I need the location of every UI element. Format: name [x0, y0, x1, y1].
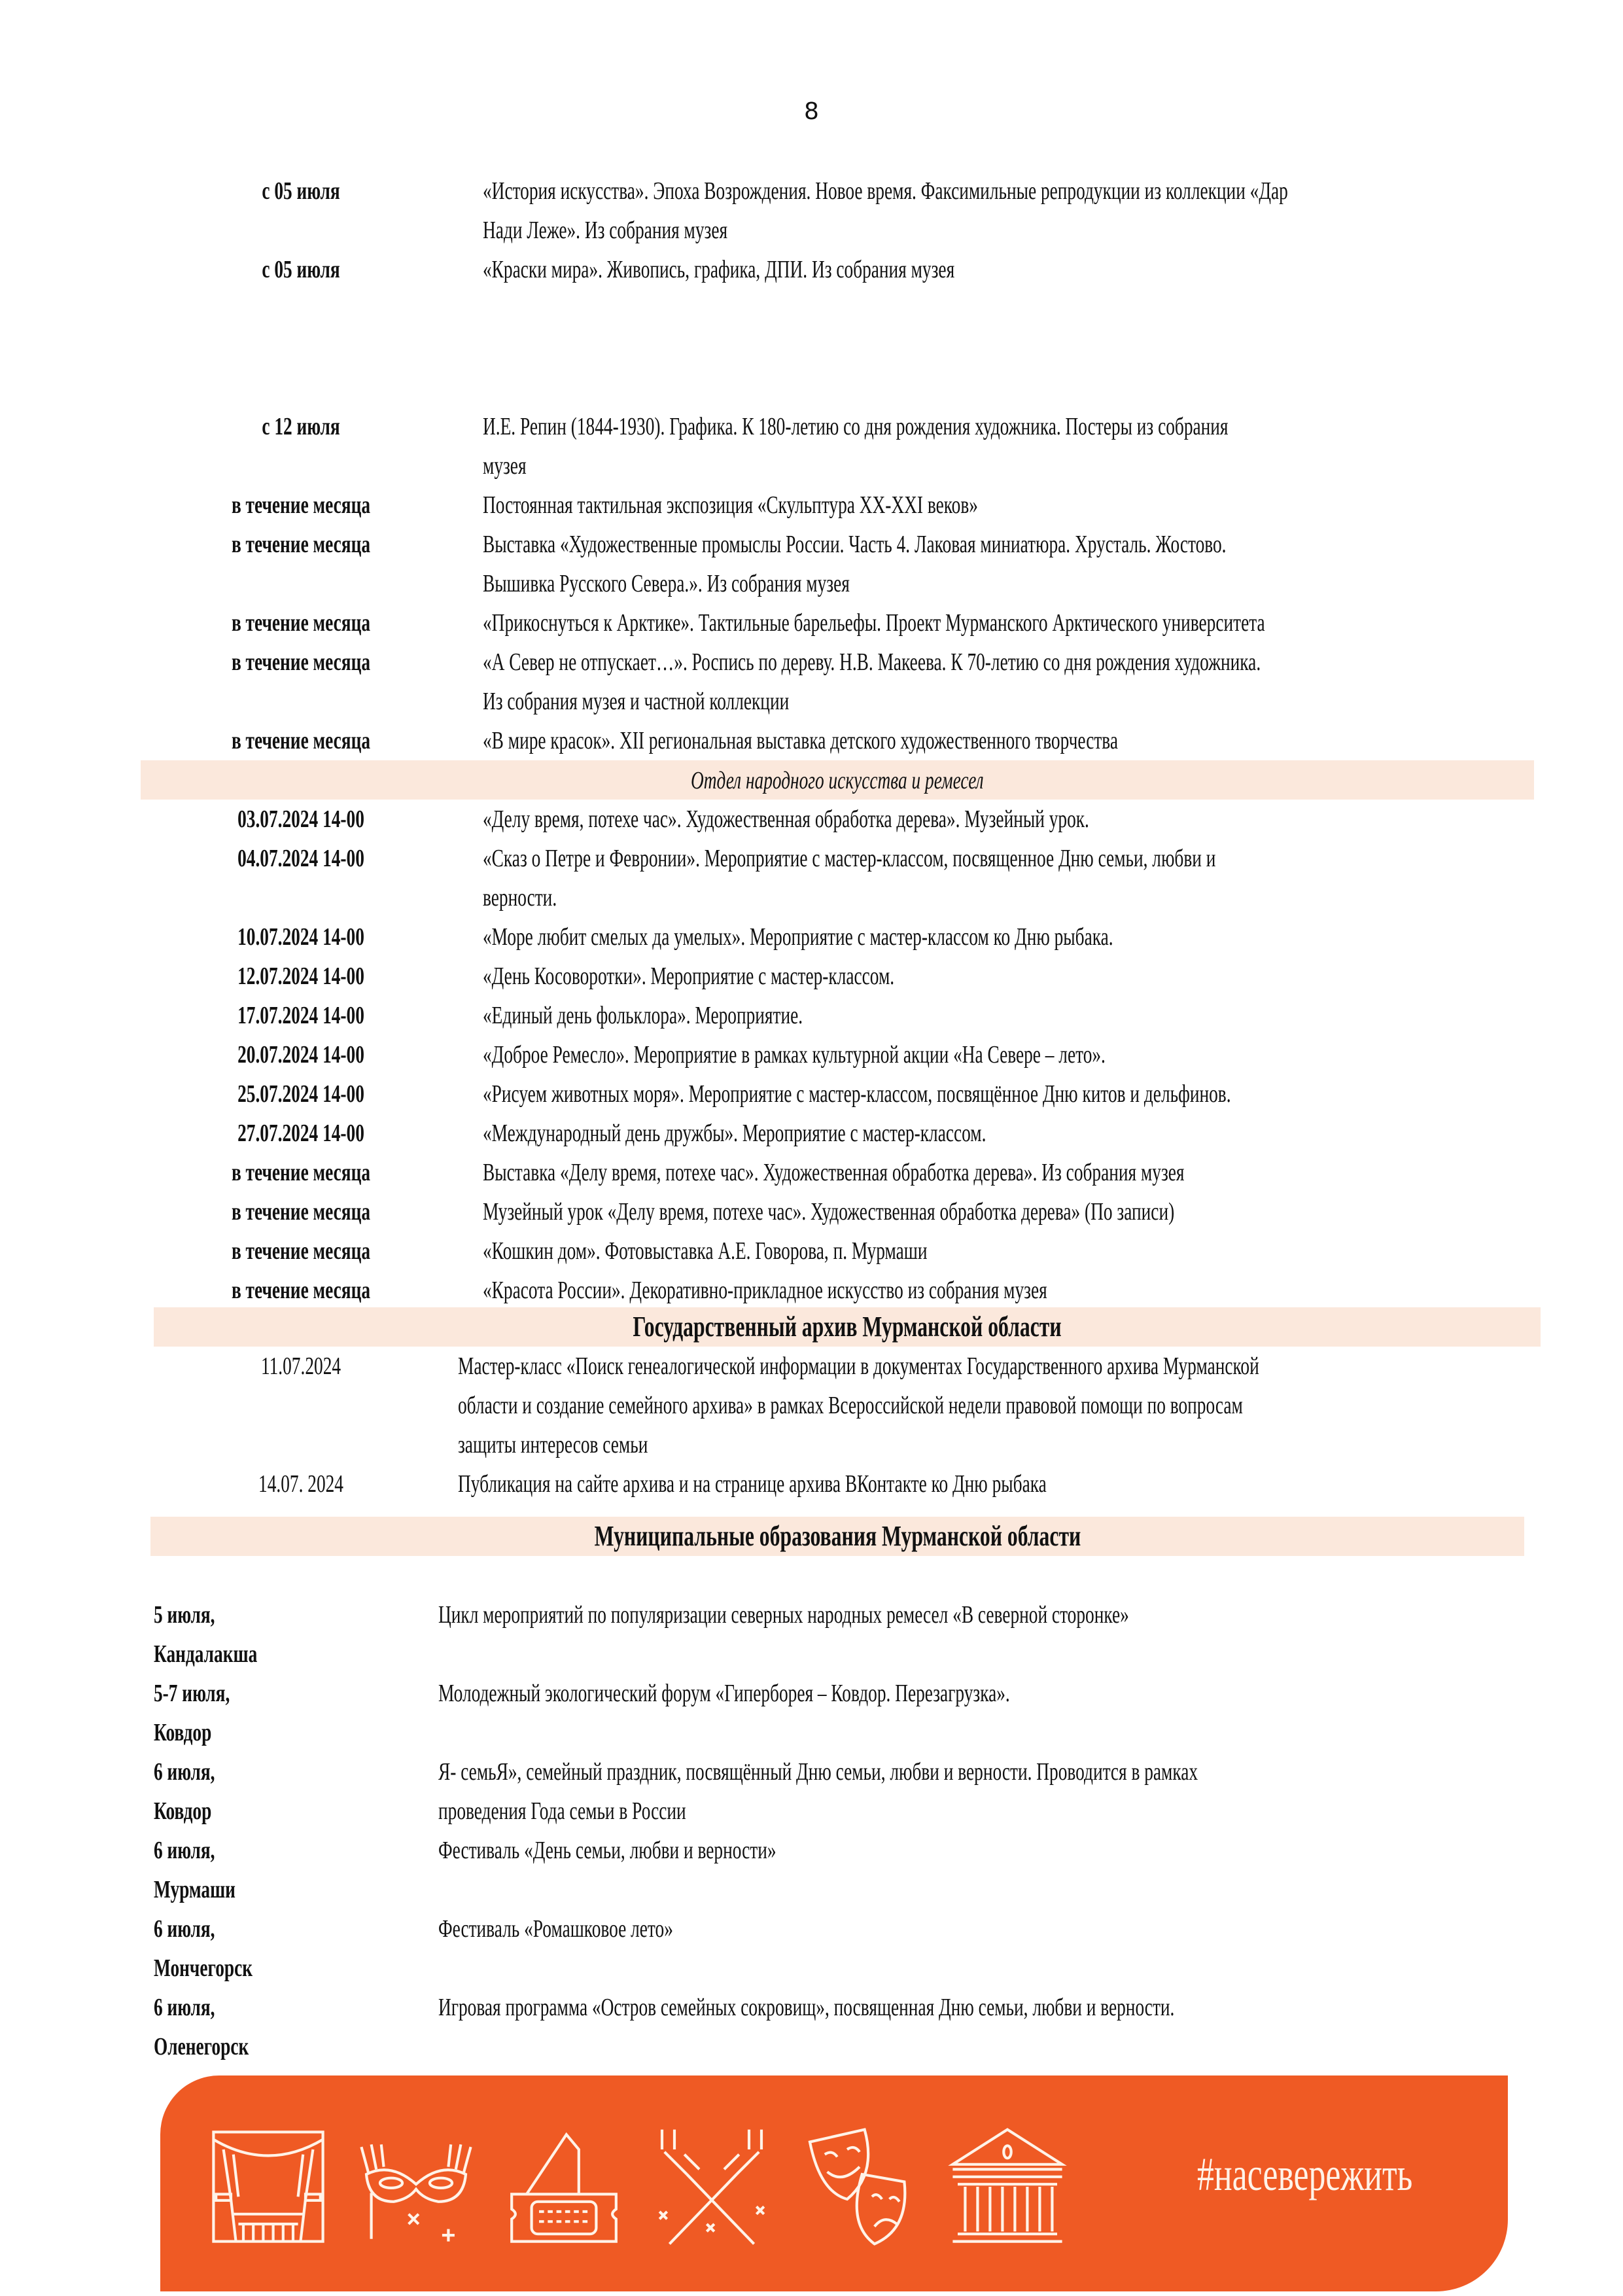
theater-masks-icon: [797, 2125, 922, 2249]
event-description: «Доброе Ремесло». Мероприятие в рамках к…: [483, 1035, 1106, 1074]
event-date: 17.07.2024 14-00: [195, 996, 407, 1035]
event-date: в течение месяца: [195, 603, 407, 643]
event-description: «Сказ о Петре и Февронии». Мероприятие с…: [483, 839, 1215, 878]
event-date: в течение месяца: [195, 1231, 407, 1271]
event-description: верности.: [483, 878, 557, 917]
event-date: 03.07.2024 14-00: [195, 800, 407, 839]
event-date: 10.07.2024 14-00: [195, 917, 407, 957]
event-date: в течение месяца: [195, 486, 407, 525]
event-description: Публикация на сайте архива и на странице…: [458, 1464, 1047, 1504]
event-place: Ковдор: [154, 1792, 211, 1831]
event-description: «Краски мира». Живопись, графика, ДПИ. И…: [483, 250, 954, 289]
event-description: «Прикоснуться к Арктике». Тактильные бар…: [483, 603, 1265, 643]
event-description: Выставка «Делу время, потехе час». Худож…: [483, 1153, 1184, 1192]
event-date: 6 июля,: [154, 1752, 215, 1792]
event-description: Из собрания музея и частной коллекции: [483, 682, 789, 721]
event-date: в течение месяца: [195, 1153, 407, 1192]
event-date: в течение месяца: [195, 1192, 407, 1231]
event-date: 25.07.2024 14-00: [195, 1074, 407, 1114]
museum-building-icon: [945, 2125, 1070, 2249]
event-description: «Красота России». Декоративно-прикладное…: [483, 1271, 1047, 1310]
event-date: в течение месяца: [195, 1271, 407, 1310]
carnival-mask-icon: [354, 2125, 478, 2249]
footer-icons: [206, 2121, 1070, 2252]
section-title: Государственный архив Мурманской области: [154, 1307, 1541, 1347]
event-description: Мастер-класс «Поиск генеалогической инфо…: [458, 1347, 1259, 1386]
event-description: Музейный урок «Делу время, потехе час». …: [483, 1192, 1174, 1231]
crossed-torches-icon: [650, 2125, 774, 2249]
event-place: Кандалакша: [154, 1634, 257, 1674]
event-description: И.Е. Репин (1844-1930). Графика. К 180-л…: [483, 407, 1229, 446]
event-description: проведения Года семьи в России: [438, 1792, 686, 1831]
event-date: 14.07. 2024: [195, 1464, 407, 1504]
event-description: Фестиваль «Ромашковое лето»: [438, 1909, 673, 1949]
event-description: «Кошкин дом». Фотовыставка А.Е. Говорова…: [483, 1231, 927, 1271]
hashtag-label: #насевережить: [1197, 2147, 1412, 2202]
event-description: области и создание семейного архива» в р…: [458, 1386, 1243, 1425]
event-description: Нади Леже». Из собрания музея: [483, 211, 727, 250]
event-description: «Море любит смелых да умелых». Мероприят…: [483, 917, 1113, 957]
event-description: «В мире красок». XII региональная выстав…: [483, 721, 1118, 760]
event-description: «История искусства». Эпоха Возрождения. …: [483, 171, 1288, 211]
event-description: «День Косоворотки». Мероприятие с мастер…: [483, 957, 894, 996]
event-place: Ковдор: [154, 1713, 211, 1752]
page-number: 8: [0, 98, 1623, 125]
event-description: «Делу время, потехе час». Художественная…: [483, 800, 1089, 839]
event-date: 6 июля,: [154, 1909, 215, 1949]
event-description: Я- семьЯ», семейный праздник, посвящённы…: [438, 1752, 1198, 1792]
event-place: Мурмаши: [154, 1870, 236, 1909]
event-date: 5 июля,: [154, 1595, 215, 1634]
event-date: в течение месяца: [195, 643, 407, 682]
event-description: Молодежный экологический форум «Гипербор…: [438, 1674, 1010, 1713]
theater-stage-icon: [206, 2125, 330, 2249]
event-description: Выставка «Художественные промыслы России…: [483, 525, 1226, 564]
event-description: «Единый день фольклора». Мероприятие.: [483, 996, 803, 1035]
event-date: с 05 июля: [195, 171, 407, 211]
event-date: 5-7 июля,: [154, 1674, 230, 1713]
event-description: «Рисуем животных моря». Мероприятие с ма…: [483, 1074, 1231, 1114]
event-date: 12.07.2024 14-00: [195, 957, 407, 996]
footer-banner: #насевережить: [160, 2075, 1508, 2291]
section-title: Муниципальные образования Мурманской обл…: [150, 1517, 1524, 1557]
event-place: Мончегорск: [154, 1949, 253, 1988]
event-date: 20.07.2024 14-00: [195, 1035, 407, 1074]
event-description: Вышивка Русского Севера.». Из собрания м…: [483, 564, 850, 603]
event-date: 6 июля,: [154, 1831, 215, 1870]
event-date: в течение месяца: [195, 525, 407, 564]
event-date: с 12 июля: [195, 407, 407, 446]
event-date: в течение месяца: [195, 721, 407, 760]
event-description: Игровая программа «Остров семейных сокро…: [438, 1988, 1174, 2027]
event-description: «Международный день дружбы». Мероприятие…: [483, 1114, 986, 1153]
section-band-municipal: Муниципальные образования Мурманской обл…: [150, 1517, 1524, 1556]
section-band-archive: Государственный архив Мурманской области: [154, 1307, 1541, 1347]
event-description: Цикл мероприятий по популяризации северн…: [438, 1595, 1129, 1634]
section-title: Отдел народного искусства и ремесел: [141, 760, 1534, 800]
event-date: 6 июля,: [154, 1988, 215, 2027]
event-place: Оленегорск: [154, 2027, 249, 2066]
event-description: музея: [483, 446, 527, 486]
event-description: защиты интересов семьи: [458, 1425, 648, 1464]
event-date: 11.07.2024: [195, 1347, 407, 1386]
event-date: с 05 июля: [195, 250, 407, 289]
event-date: 04.07.2024 14-00: [195, 839, 407, 878]
event-description: «А Север не отпускает…». Роспись по дере…: [483, 643, 1261, 682]
event-description: Фестиваль «День семьи, любви и верности»: [438, 1831, 777, 1870]
event-date: 27.07.2024 14-00: [195, 1114, 407, 1153]
event-description: Постоянная тактильная экспозиция «Скульп…: [483, 486, 978, 525]
section-band-folk: Отдел народного искусства и ремесел: [141, 760, 1534, 800]
ticket-icon: [502, 2125, 626, 2249]
